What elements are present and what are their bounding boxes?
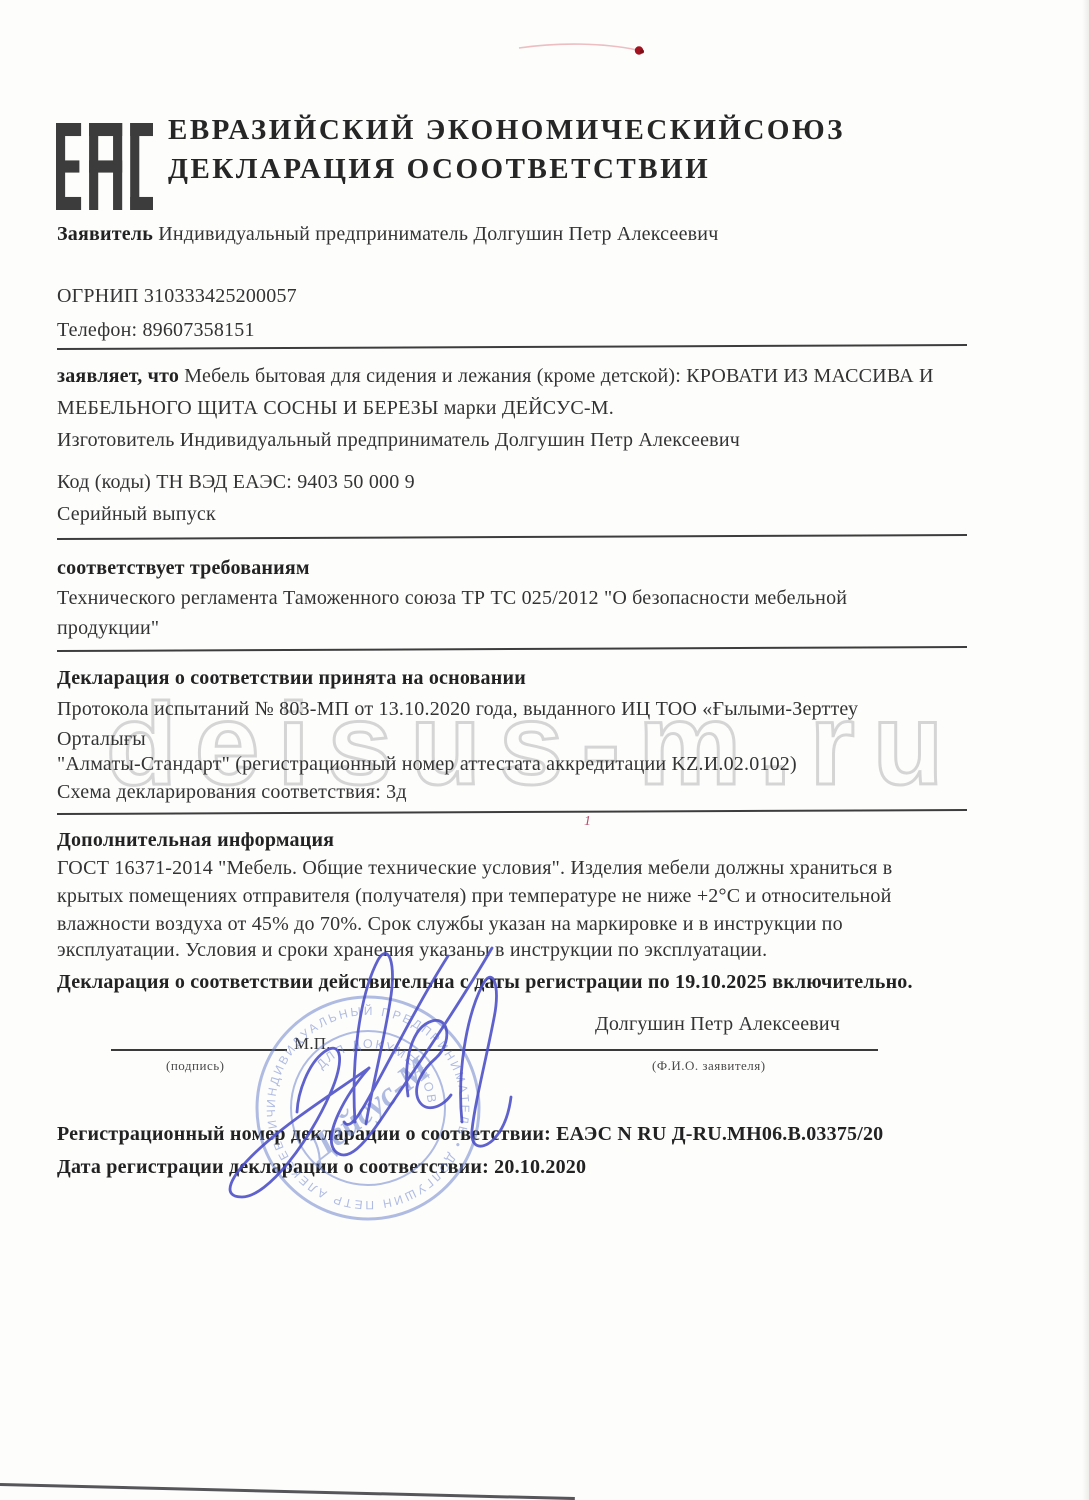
additional-heading: Дополнительная информация bbox=[57, 828, 334, 853]
manufacturer-line: Изготовитель Индивидуальный предпринимат… bbox=[57, 428, 740, 453]
phone-line: Телефон: 89607358151 bbox=[57, 318, 255, 343]
applicant-name: Индивидуальный предприниматель Долгушин … bbox=[153, 223, 718, 245]
title-line-1: ЕВРАЗИЙСКИЙ ЭКОНОМИЧЕСКИЙСОЮЗ bbox=[168, 112, 845, 148]
divider-3 bbox=[57, 646, 967, 652]
scan-edge-bottom bbox=[0, 1483, 575, 1500]
compliance-line-1: Технического регламента Таможенного союз… bbox=[57, 586, 847, 611]
declares-line-2: МЕБЕЛЬНОГО ЩИТА СОСНЫ И БЕРЕЗЫ марки ДЕЙ… bbox=[57, 396, 614, 421]
handwritten-signature bbox=[195, 930, 535, 1210]
basis-line-1: Протокола испытаний № 803-МП от 13.10.20… bbox=[57, 697, 858, 722]
scan-edge-right bbox=[1082, 0, 1089, 1500]
basis-line-3: "Алматы-Стандарт" (регистрационный номер… bbox=[57, 752, 797, 777]
declares-text: Мебель бытовая для сидения и лежания (кр… bbox=[179, 365, 934, 387]
declares-label: заявляет, что bbox=[57, 365, 179, 387]
name-caption: (Ф.И.О. заявителя) bbox=[652, 1058, 766, 1074]
declaration-document-page: deisus-m.ru ЕВРАЗИЙСКИЙ ЭКОНОМИЧЕСКИЙСОЮ… bbox=[0, 0, 1089, 1500]
basis-line-2: Орталығы bbox=[57, 727, 146, 752]
holder-name: Долгушин Петр Алексеевич bbox=[595, 1012, 840, 1037]
declares-line-1: заявляет, что Мебель бытовая для сидения… bbox=[57, 364, 934, 389]
applicant-line: Заявитель Индивидуальный предприниматель… bbox=[57, 222, 718, 247]
basis-heading: Декларация о соответствии принята на осн… bbox=[57, 666, 526, 691]
title-line-2: ДЕКЛАРАЦИЯ ОСООТВЕТСТВИИ bbox=[168, 151, 710, 187]
basis-line-4: Схема декларирования соответствия: 3д bbox=[57, 780, 407, 805]
divider-4 bbox=[57, 809, 967, 815]
ogrnip-line: ОГРНИП 310333425200057 bbox=[57, 284, 297, 309]
stray-ink-mark: 1 bbox=[584, 814, 591, 830]
applicant-label: Заявитель bbox=[57, 223, 153, 245]
compliance-line-2: продукции" bbox=[57, 616, 159, 641]
additional-line-1: ГОСТ 16371-2014 "Мебель. Общие техническ… bbox=[57, 856, 892, 881]
compliance-heading: соответствует требованиям bbox=[57, 556, 310, 581]
divider-2 bbox=[57, 534, 967, 540]
additional-line-2: крытых помещениях отправителя (получател… bbox=[57, 884, 892, 909]
serial-line: Серийный выпуск bbox=[57, 502, 216, 527]
tnved-line: Код (коды) ТН ВЭД ЕАЭС: 9403 50 000 9 bbox=[57, 470, 415, 495]
eac-logo-icon bbox=[56, 123, 153, 210]
red-scratch-mark bbox=[515, 34, 665, 64]
divider-1 bbox=[57, 344, 967, 350]
